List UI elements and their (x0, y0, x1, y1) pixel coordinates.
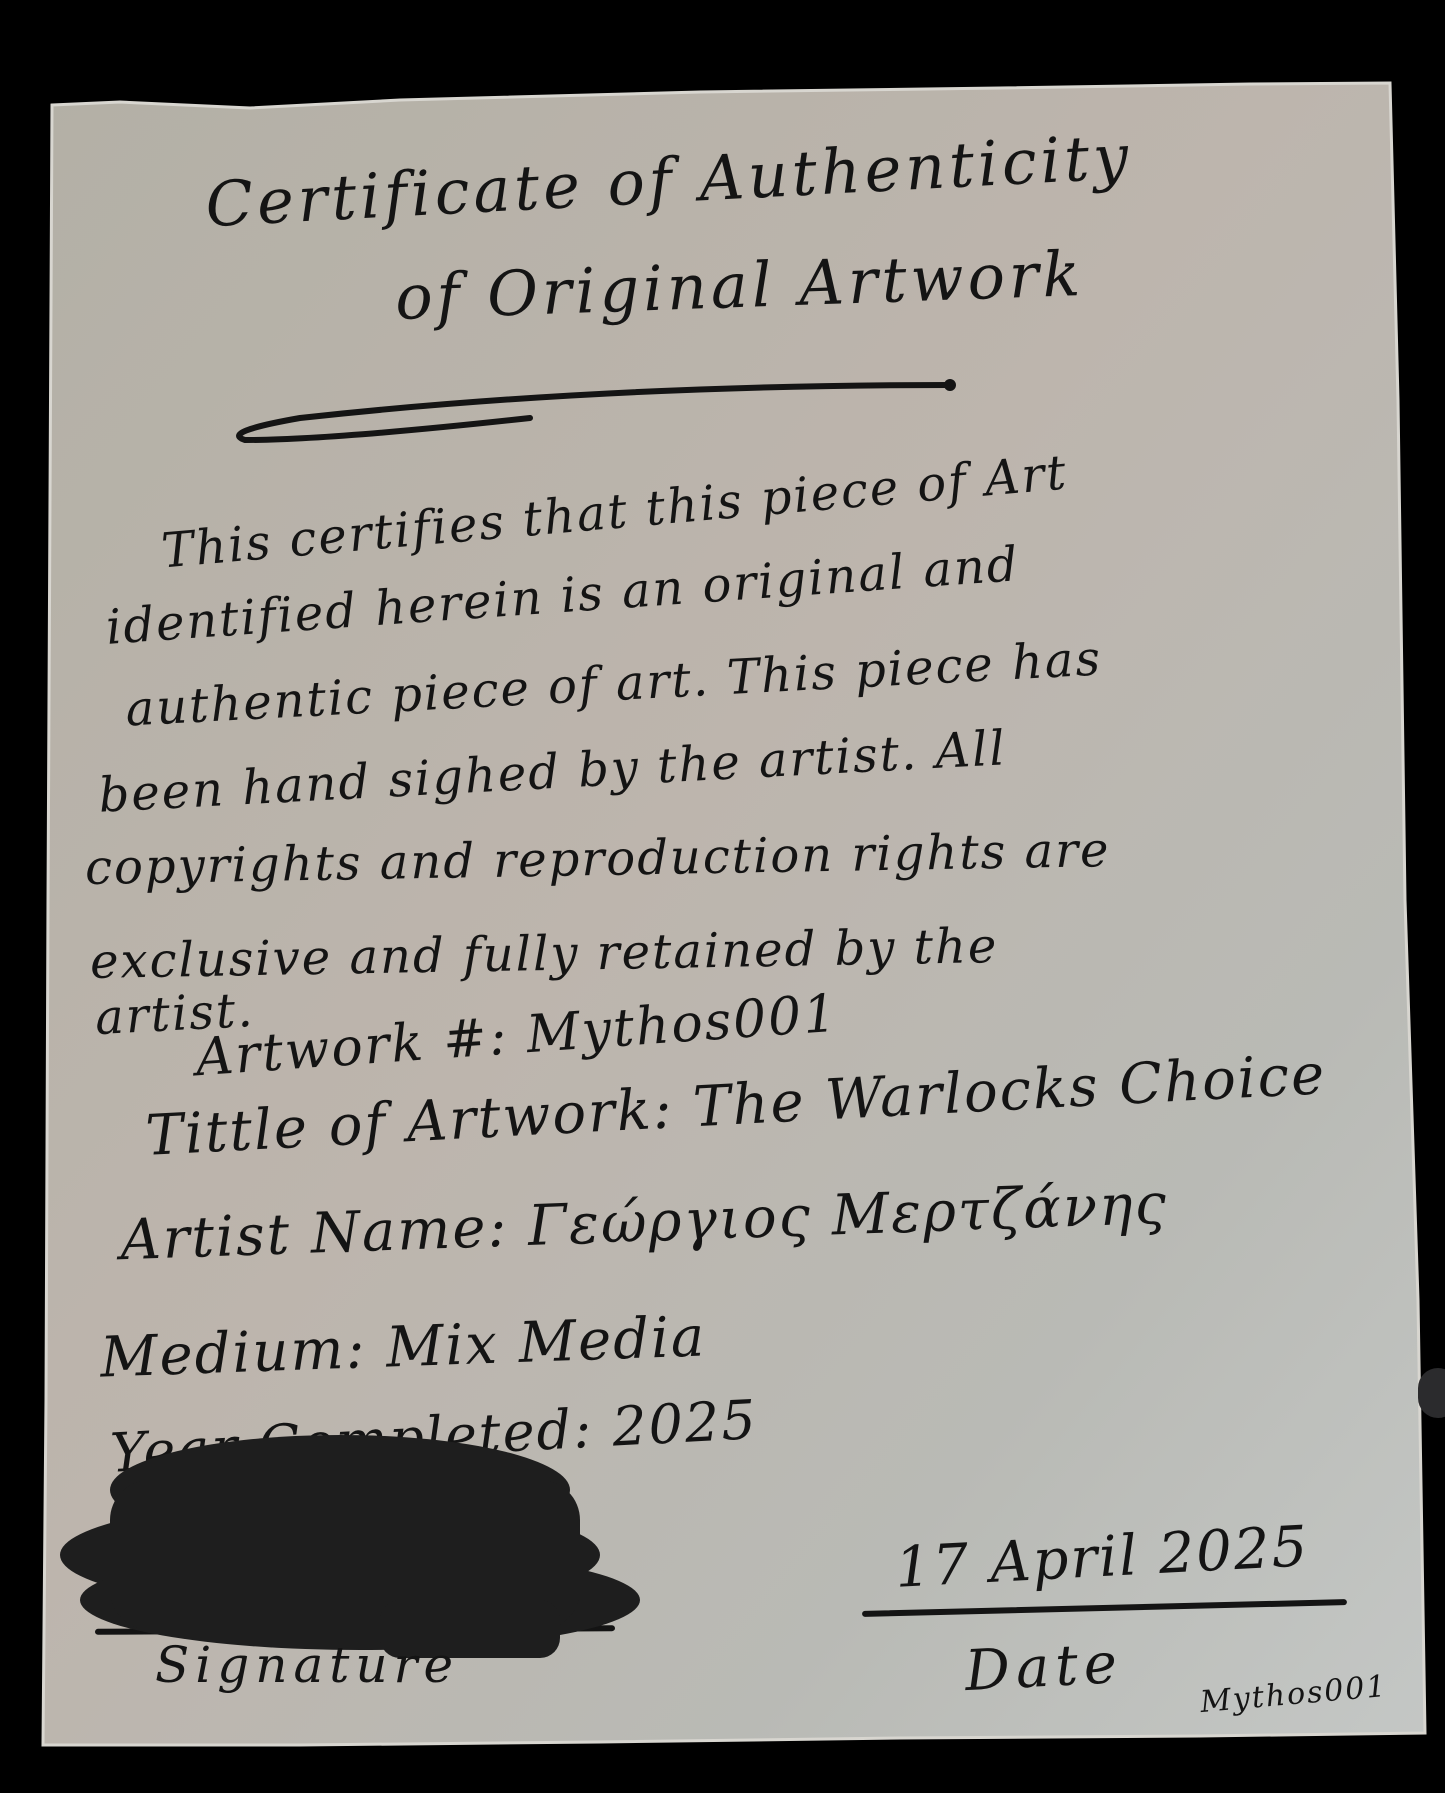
certificate-document: Certificate of Authenticity of Original … (0, 0, 1445, 1793)
scroll-handle[interactable] (1418, 1368, 1445, 1418)
signature-label: Signature (155, 1640, 459, 1690)
date-label: Date (964, 1636, 1125, 1700)
